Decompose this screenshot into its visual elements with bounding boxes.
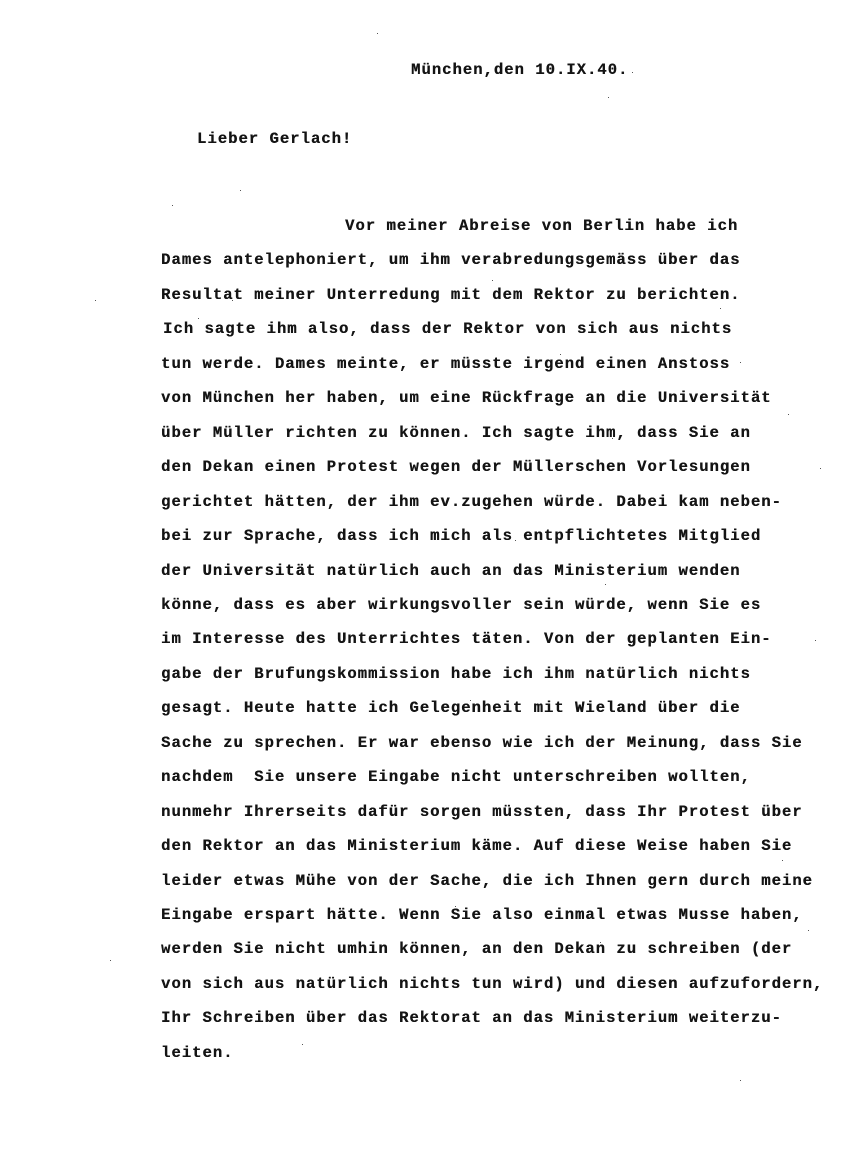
scan-speck [820,468,821,469]
scan-speck [605,584,606,585]
scan-speck [352,256,353,257]
body-line: leiten. [161,1044,233,1062]
body-line: Eingabe erspart hätte. Wenn Sie also ein… [161,906,803,924]
scan-speck [740,362,741,363]
date-line: München,den 10.IX.40. [411,61,628,79]
body-line: im Interesse des Unterrichtes täten. Von… [161,630,772,648]
body-line: Vor meiner Abreise von Berlin habe ich [345,217,738,235]
scan-speck [520,985,521,986]
scan-speck [302,1044,303,1045]
body-line: Ihr Schreiben über das Rektorat an das M… [161,1009,782,1027]
scan-speck [377,33,378,34]
body-line: den Rektor an das Ministerium käme. Auf … [161,837,792,855]
body-line: nachdem Sie unsere Eingabe nicht untersc… [161,768,751,786]
body-line: von sich aus natürlich nichts tun wird) … [161,975,823,993]
letter-page: München,den 10.IX.40. Lieber Gerlach! Vo… [0,0,847,1154]
body-line: könne, dass es aber wirkungsvoller sein … [161,596,761,614]
scan-speck [198,318,199,319]
scan-speck [95,300,96,301]
scan-speck [600,942,601,943]
body-line: werden Sie nicht umhin können, an den De… [161,940,792,958]
scan-speck [808,930,809,931]
scan-speck [720,308,721,309]
scan-speck [632,72,633,73]
salutation: Lieber Gerlach! [197,130,352,148]
body-line: nunmehr Ihrerseits dafür sorgen müssten,… [161,803,803,821]
body-line: von München her haben, um eine Rückfrage… [161,389,772,407]
scan-speck [172,205,173,206]
scan-speck [612,438,613,439]
body-line: über Müller richten zu können. Ich sagte… [161,424,751,442]
body-line: Sache zu sprechen. Er war ebenso wie ich… [161,734,803,752]
body-line: gerichtet hätten, der ihm ev.zugehen wür… [161,493,782,511]
body-line: leider etwas Mühe von der Sache, die ich… [161,872,813,890]
scan-speck [455,906,456,907]
body-line: den Dekan einen Protest wegen der Müller… [161,458,751,476]
body-line: Dames antelephoniert, um ihm verabredung… [161,251,740,269]
scan-speck [110,960,111,961]
scan-speck [608,97,609,98]
scan-speck [560,354,561,355]
body-line: Ich sagte ihm also, dass der Rektor von … [163,320,732,338]
body-line: der Universität natürlich auch an das Mi… [161,562,740,580]
scan-speck [515,540,516,541]
scan-speck [470,700,471,701]
scan-speck [270,470,271,471]
body-line: gesagt. Heute hatte ich Gelegenheit mit … [161,699,740,717]
scan-speck [740,1080,741,1081]
scan-speck [492,280,493,281]
scan-speck [782,860,783,861]
body-line: tun werde. Dames meinte, er müsste irgen… [161,355,730,373]
body-line: bei zur Sprache, dass ich mich als entpf… [161,527,761,545]
scan-speck [815,640,816,641]
scan-speck [232,300,233,301]
scan-speck [240,190,241,191]
body-line: gabe der Brufungskommission habe ich ihm… [161,665,751,683]
scan-speck [508,330,509,331]
scan-speck [788,414,789,415]
scan-speck [520,810,521,811]
body-line: Resultat meiner Unterredung mit dem Rekt… [161,286,740,304]
